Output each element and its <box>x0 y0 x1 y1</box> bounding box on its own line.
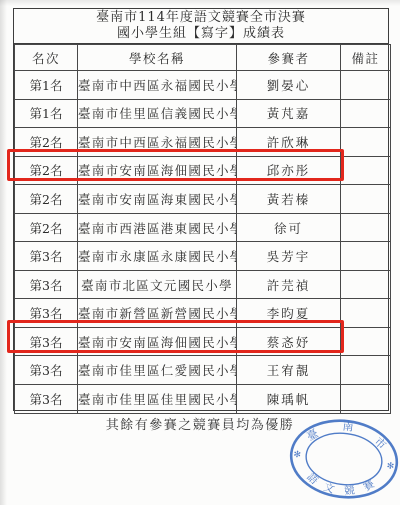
rank-cell: 第1名 <box>15 71 78 100</box>
school-cell: 臺南市安南區海東國民小學 <box>78 185 237 214</box>
remark-cell <box>341 270 391 299</box>
remark-cell <box>341 327 391 356</box>
participant-cell: 黃若榛 <box>237 185 341 214</box>
participant-cell: 陳瑀帆 <box>237 385 341 414</box>
remark-cell <box>341 213 391 242</box>
rank-cell: 第2名 <box>15 185 78 214</box>
school-cell: 臺南市佳里區佳里國民小學 <box>78 385 237 414</box>
scanned-results-document: 臺南市114年度語文競賽全市決賽 國小學生組【寫字】成績表 名次 學校名稱 參賽… <box>0 0 400 505</box>
stamp-char: 南 <box>342 420 355 434</box>
participant-cell: 許欣琳 <box>237 128 341 157</box>
document-title-block: 臺南市114年度語文競賽全市決賽 國小學生組【寫字】成績表 <box>14 9 388 44</box>
remark-cell <box>341 156 391 185</box>
school-cell: 臺南市安南區海佃國民小學 <box>78 156 237 185</box>
rank-cell: 第3名 <box>15 270 78 299</box>
participant-cell: 王宥靚 <box>237 356 341 385</box>
remark-cell <box>341 128 391 157</box>
school-cell: 臺南市安南區海佃國民小學 <box>78 327 237 356</box>
table-row-highlighted: 第3名 臺南市安南區海佃國民小學 蔡忞妤 <box>15 327 391 356</box>
school-cell: 臺南市佳里區仁愛國民小學 <box>78 356 237 385</box>
results-table: 名次 學校名稱 參賽者 備註 第1名 臺南市中西區永福國民小學 劉晏心 第1名 … <box>14 44 391 414</box>
table-row: 第3名 臺南市佳里區仁愛國民小學 王宥靚 <box>15 356 391 385</box>
rank-cell: 第3名 <box>15 385 78 414</box>
school-cell: 臺南市中西區永福國民小學 <box>78 128 237 157</box>
rank-cell: 第3名 <box>15 327 78 356</box>
table-row-highlighted: 第2名 臺南市安南區海佃國民小學 邱亦彤 <box>15 156 391 185</box>
table-row: 第2名 臺南市西港區港東國民小學 徐可 <box>15 213 391 242</box>
school-cell: 臺南市新營區新營國民小學 <box>78 299 237 328</box>
document-title-line1: 臺南市114年度語文競賽全市決賽 <box>96 10 306 26</box>
remark-cell <box>341 185 391 214</box>
rank-cell: 第2名 <box>15 128 78 157</box>
table-row: 第2名 臺南市安南區海東國民小學 黃若榛 <box>15 185 391 214</box>
participant-cell: 李昀夏 <box>237 299 341 328</box>
table-header-row: 名次 學校名稱 參賽者 備註 <box>15 45 391 71</box>
stamp-flower-icon: ✻ <box>293 450 302 461</box>
table-row: 第3名 臺南市北區文元國民小學 許芫禎 <box>15 270 391 299</box>
rank-cell: 第2名 <box>15 156 78 185</box>
participant-cell: 蔡忞妤 <box>237 327 341 356</box>
school-cell: 臺南市北區文元國民小學 <box>78 270 237 299</box>
official-stamp: 臺 南 市 ✻ ✻ 語 文 競 賽 <box>286 416 400 502</box>
remark-cell <box>341 385 391 414</box>
participant-cell: 黃芃嘉 <box>237 99 341 128</box>
rank-cell: 第1名 <box>15 99 78 128</box>
participant-cell: 邱亦彤 <box>237 156 341 185</box>
table-row: 第1名 臺南市中西區永福國民小學 劉晏心 <box>15 71 391 100</box>
table-row: 第1名 臺南市佳里區信義國民小學 黃芃嘉 <box>15 99 391 128</box>
table-row: 第3名 臺南市佳里區佳里國民小學 陳瑀帆 <box>15 385 391 414</box>
school-cell: 臺南市永康區永康國民小學 <box>78 242 237 271</box>
rank-cell: 第3名 <box>15 299 78 328</box>
school-cell: 臺南市佳里區信義國民小學 <box>78 99 237 128</box>
school-cell: 臺南市西港區港東國民小學 <box>78 213 237 242</box>
stamp-char: 競 <box>343 483 356 497</box>
participant-cell: 劉晏心 <box>237 71 341 100</box>
header-rank: 名次 <box>15 45 78 71</box>
header-school: 學校名稱 <box>78 45 237 71</box>
remark-cell <box>341 71 391 100</box>
results-table-frame: 臺南市114年度語文競賽全市決賽 國小學生組【寫字】成績表 名次 學校名稱 參賽… <box>13 8 389 411</box>
remark-cell <box>341 99 391 128</box>
participant-cell: 吳芳宇 <box>237 242 341 271</box>
table-row: 第3名 臺南市新營區新營國民小學 李昀夏 <box>15 299 391 328</box>
table-row: 第3名 臺南市永康區永康國民小學 吳芳宇 <box>15 242 391 271</box>
header-participant: 參賽者 <box>237 45 341 71</box>
remark-cell <box>341 242 391 271</box>
document-title-line2: 國小學生組【寫字】成績表 <box>117 26 285 42</box>
participant-cell: 許芫禎 <box>237 270 341 299</box>
rank-cell: 第2名 <box>15 213 78 242</box>
rank-cell: 第3名 <box>15 242 78 271</box>
table-row: 第2名 臺南市中西區永福國民小學 許欣琳 <box>15 128 391 157</box>
remark-cell <box>341 299 391 328</box>
rank-cell: 第3名 <box>15 356 78 385</box>
stamp-flower-icon: ✻ <box>386 461 395 472</box>
school-cell: 臺南市中西區永福國民小學 <box>78 71 237 100</box>
participant-cell: 徐可 <box>237 213 341 242</box>
header-remark: 備註 <box>341 45 391 71</box>
remark-cell <box>341 356 391 385</box>
